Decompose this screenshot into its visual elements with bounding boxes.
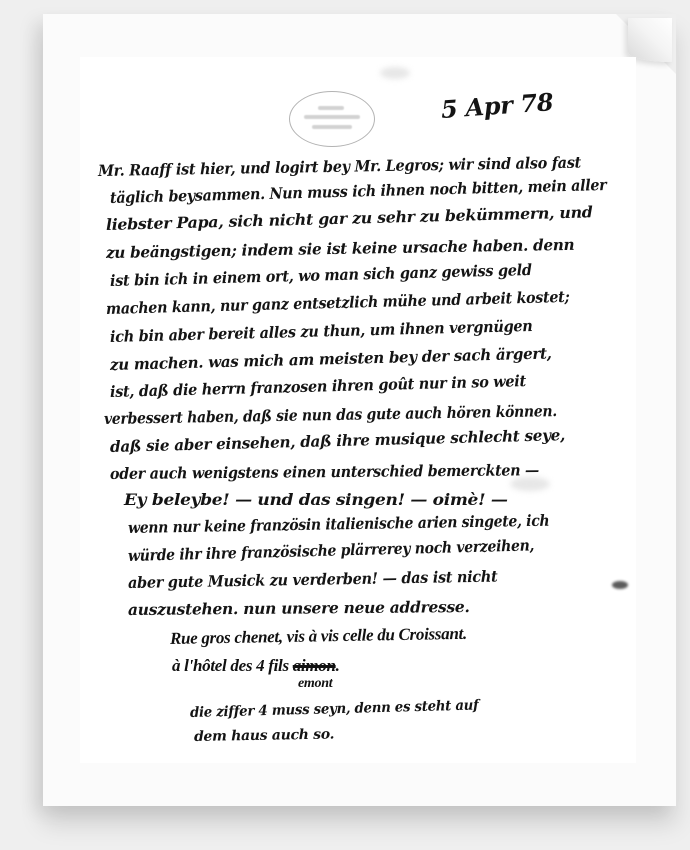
- letter-line: Ey beleybe! — und das singen! — oimè! —: [124, 490, 508, 509]
- address-hotel: à l'hôtel des 4 fils aimon.: [172, 656, 340, 676]
- address-end: .: [336, 656, 340, 675]
- letter-line: machen kann, nur ganz entsetzlich mühe u…: [106, 287, 570, 318]
- letter-date: 5 Apr 78: [440, 87, 554, 124]
- postscript-line: die ziffer 4 muss seyn, denn es steht au…: [190, 697, 479, 721]
- letter-line: würde ihr ihre französische plärrerey no…: [128, 535, 535, 565]
- letter-line: oder auch wenigstens einen unterschied b…: [110, 460, 539, 483]
- ink-blot: [612, 581, 628, 589]
- letter-line: verbessert haben, daß sie nun das gute a…: [104, 401, 557, 428]
- postscript-line: dem haus auch so.: [194, 727, 334, 745]
- letter-line: täglich beysammen. Nun muss ich ihnen no…: [110, 175, 607, 207]
- letter-line: ist bin ich in einem ort, wo man sich ga…: [110, 260, 532, 290]
- letter-line: auszustehen. nun unsere neue addresse.: [128, 597, 470, 619]
- letter-line: ist, daß die herrn franzosen ihren goût …: [110, 371, 526, 401]
- letter-line: zu beängstigen; indem sie ist keine ursa…: [106, 235, 575, 262]
- letter-line: aber gute Musick zu verderben! — das ist…: [128, 567, 498, 592]
- letter-line: daß sie aber einsehen, daß ihre musique …: [110, 425, 565, 456]
- address-street: Rue gros chenet, vis à vis celle du Croi…: [170, 624, 467, 649]
- letter-line: Mr. Raaff ist hier, und logirt bey Mr. L…: [98, 153, 581, 180]
- print-mat: 5 Apr 78 Mr. Raaff ist hier, und logirt …: [43, 14, 676, 806]
- framed-print-view: 5 Apr 78 Mr. Raaff ist hier, und logirt …: [0, 0, 690, 850]
- letter-manuscript: 5 Apr 78 Mr. Raaff ist hier, und logirt …: [80, 57, 636, 763]
- letter-line: liebster Papa, sich nicht gar zu sehr zu…: [106, 202, 593, 234]
- address-correction: emont: [298, 676, 332, 692]
- letter-line: ich bin aber bereit alles zu thun, um ih…: [110, 316, 533, 346]
- paper-smudge: [380, 67, 410, 79]
- curl-flap: [628, 18, 672, 62]
- address-struck-word: aimon: [293, 656, 336, 675]
- library-stamp: [289, 91, 375, 147]
- letter-line: zu machen. was mich am meisten bey der s…: [110, 343, 552, 374]
- letter-line: wenn nur keine französin italienische ar…: [128, 511, 550, 537]
- address-hotel-text: à l'hôtel des 4 fils: [172, 656, 289, 675]
